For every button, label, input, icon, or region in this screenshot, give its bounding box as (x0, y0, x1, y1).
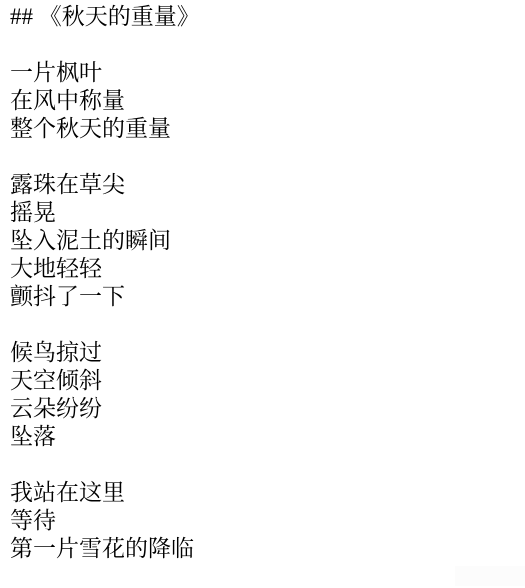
poem-line: 大地轻轻 (10, 255, 525, 283)
poem-line: 露珠在草尖 (10, 171, 525, 199)
poem-line: 坠落 (10, 423, 525, 451)
poem-line: 在风中称量 (10, 87, 525, 115)
blank-line (10, 31, 525, 59)
poem-text-block: ## 《秋天的重量》一片枫叶在风中称量整个秋天的重量露珠在草尖摇晃坠入泥土的瞬间… (10, 3, 525, 563)
poem-line: 整个秋天的重量 (10, 115, 525, 143)
faint-bottom-right-box (455, 566, 525, 586)
poem-line: 一片枫叶 (10, 59, 525, 87)
poem-line: 天空倾斜 (10, 367, 525, 395)
document-page: ## 《秋天的重量》一片枫叶在风中称量整个秋天的重量露珠在草尖摇晃坠入泥土的瞬间… (0, 0, 525, 588)
poem-line: 我站在这里 (10, 479, 525, 507)
poem-line: 候鸟掠过 (10, 339, 525, 367)
poem-line: 云朵纷纷 (10, 395, 525, 423)
blank-line (10, 143, 525, 171)
poem-line: 颤抖了一下 (10, 283, 525, 311)
blank-line (10, 311, 525, 339)
poem-line: 摇晃 (10, 199, 525, 227)
poem-line: 等待 (10, 507, 525, 535)
poem-line: 坠入泥土的瞬间 (10, 227, 525, 255)
poem-title-line: ## 《秋天的重量》 (10, 3, 525, 31)
blank-line (10, 451, 525, 479)
poem-line: 第一片雪花的降临 (10, 535, 525, 563)
